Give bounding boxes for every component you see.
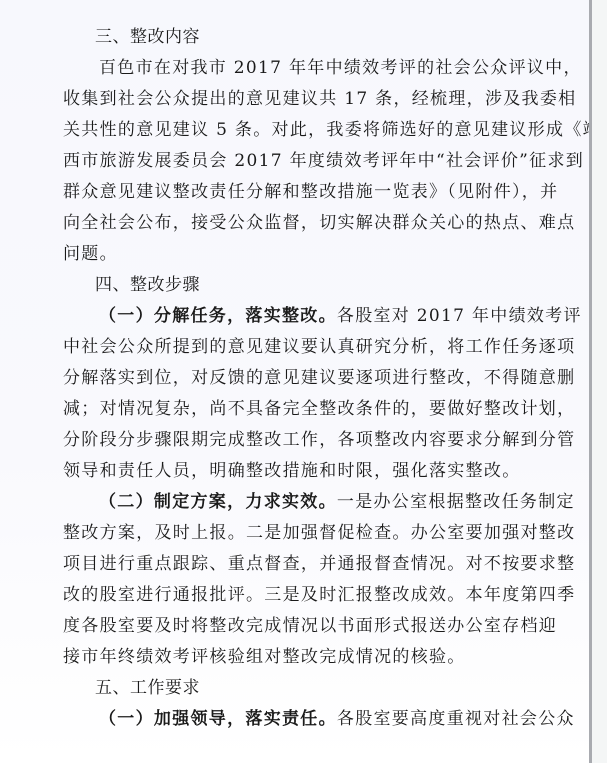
scan-margin-strip xyxy=(592,0,607,763)
paragraph-first-line: （一）加强领导，落实责任。各股室要高度重视对社会公众 xyxy=(63,704,505,735)
paragraph-line: 领导和责任人员，明确整改措施和时限，强化落实整改。 xyxy=(63,456,505,487)
paragraph-line: 接市年终绩效考评核验组对整改完成情况的核验。 xyxy=(63,642,505,673)
paragraph-line: 问题。 xyxy=(63,239,505,270)
paragraph-text: 各股室对 2017 年中绩效考评 xyxy=(337,306,582,326)
document-body: 三、整改内容 百色市在对我市 2017 年年中绩效考评的社会公众评议中， 收集到… xyxy=(63,22,505,735)
paragraph-line: 关共性的意见建议 5 条。对此，我委将筛选好的意见建议形成《靖 xyxy=(63,115,505,146)
paragraph-line: 百色市在对我市 2017 年年中绩效考评的社会公众评议中， xyxy=(63,53,505,84)
paragraph-bold-lead: （二）制定方案，力求实效。 xyxy=(99,492,337,512)
paragraph-line: 分解落实到位，对反馈的意见建议要逐项进行整改，不得随意删 xyxy=(63,363,505,394)
paragraph-first-line: （二）制定方案，力求实效。一是办公室根据整改任务制定 xyxy=(63,487,505,518)
paragraph-line: 减；对情况复杂，尚不具备完全整改条件的，要做好整改计划， xyxy=(63,394,505,425)
section-heading-4: 四、整改步骤 xyxy=(63,270,505,301)
paragraph-text: 各股室要高度重视对社会公众 xyxy=(337,709,575,729)
paragraph-first-line: （一）分解任务，落实整改。各股室对 2017 年中绩效考评 xyxy=(63,301,505,332)
paragraph-line: 项目进行重点跟踪、重点督查，并通报督查情况。对不按要求整 xyxy=(63,549,505,580)
paragraph-line: 收集到社会公众提出的意见建议共 17 条，经梳理，涉及我委相 xyxy=(63,84,505,115)
paragraph-line: 度各股室要及时将整改完成情况以书面形式报送办公室存档迎 xyxy=(63,611,505,642)
paragraph-bold-lead: （一）加强领导，落实责任。 xyxy=(99,709,337,729)
document-page: 三、整改内容 百色市在对我市 2017 年年中绩效考评的社会公众评议中， 收集到… xyxy=(0,0,590,763)
paragraph-text: 一是办公室根据整改任务制定 xyxy=(337,492,575,512)
paragraph-line: 改的股室进行通报批评。三是及时汇报整改成效。本年度第四季 xyxy=(63,580,505,611)
paragraph-line: 中社会公众所提到的意见建议要认真研究分析，将工作任务逐项 xyxy=(63,332,505,363)
section-heading-5: 五、工作要求 xyxy=(63,673,505,704)
paragraph-line: 西市旅游发展委员会 2017 年度绩效考评年中“社会评价”征求到 xyxy=(63,146,505,177)
paragraph-line: 分阶段分步骤限期完成整改工作，各项整改内容要求分解到分管 xyxy=(63,425,505,456)
paragraph-line: 整改方案，及时上报。二是加强督促检查。办公室要加强对整改 xyxy=(63,518,505,549)
section-heading-3: 三、整改内容 xyxy=(63,22,505,53)
paragraph-line: 向全社会公布，接受公众监督，切实解决群众关心的热点、难点 xyxy=(63,208,505,239)
paragraph-bold-lead: （一）分解任务，落实整改。 xyxy=(99,306,337,326)
paragraph-line: 群众意见建议整改责任分解和整改措施一览表》（见附件），并 xyxy=(63,177,505,208)
